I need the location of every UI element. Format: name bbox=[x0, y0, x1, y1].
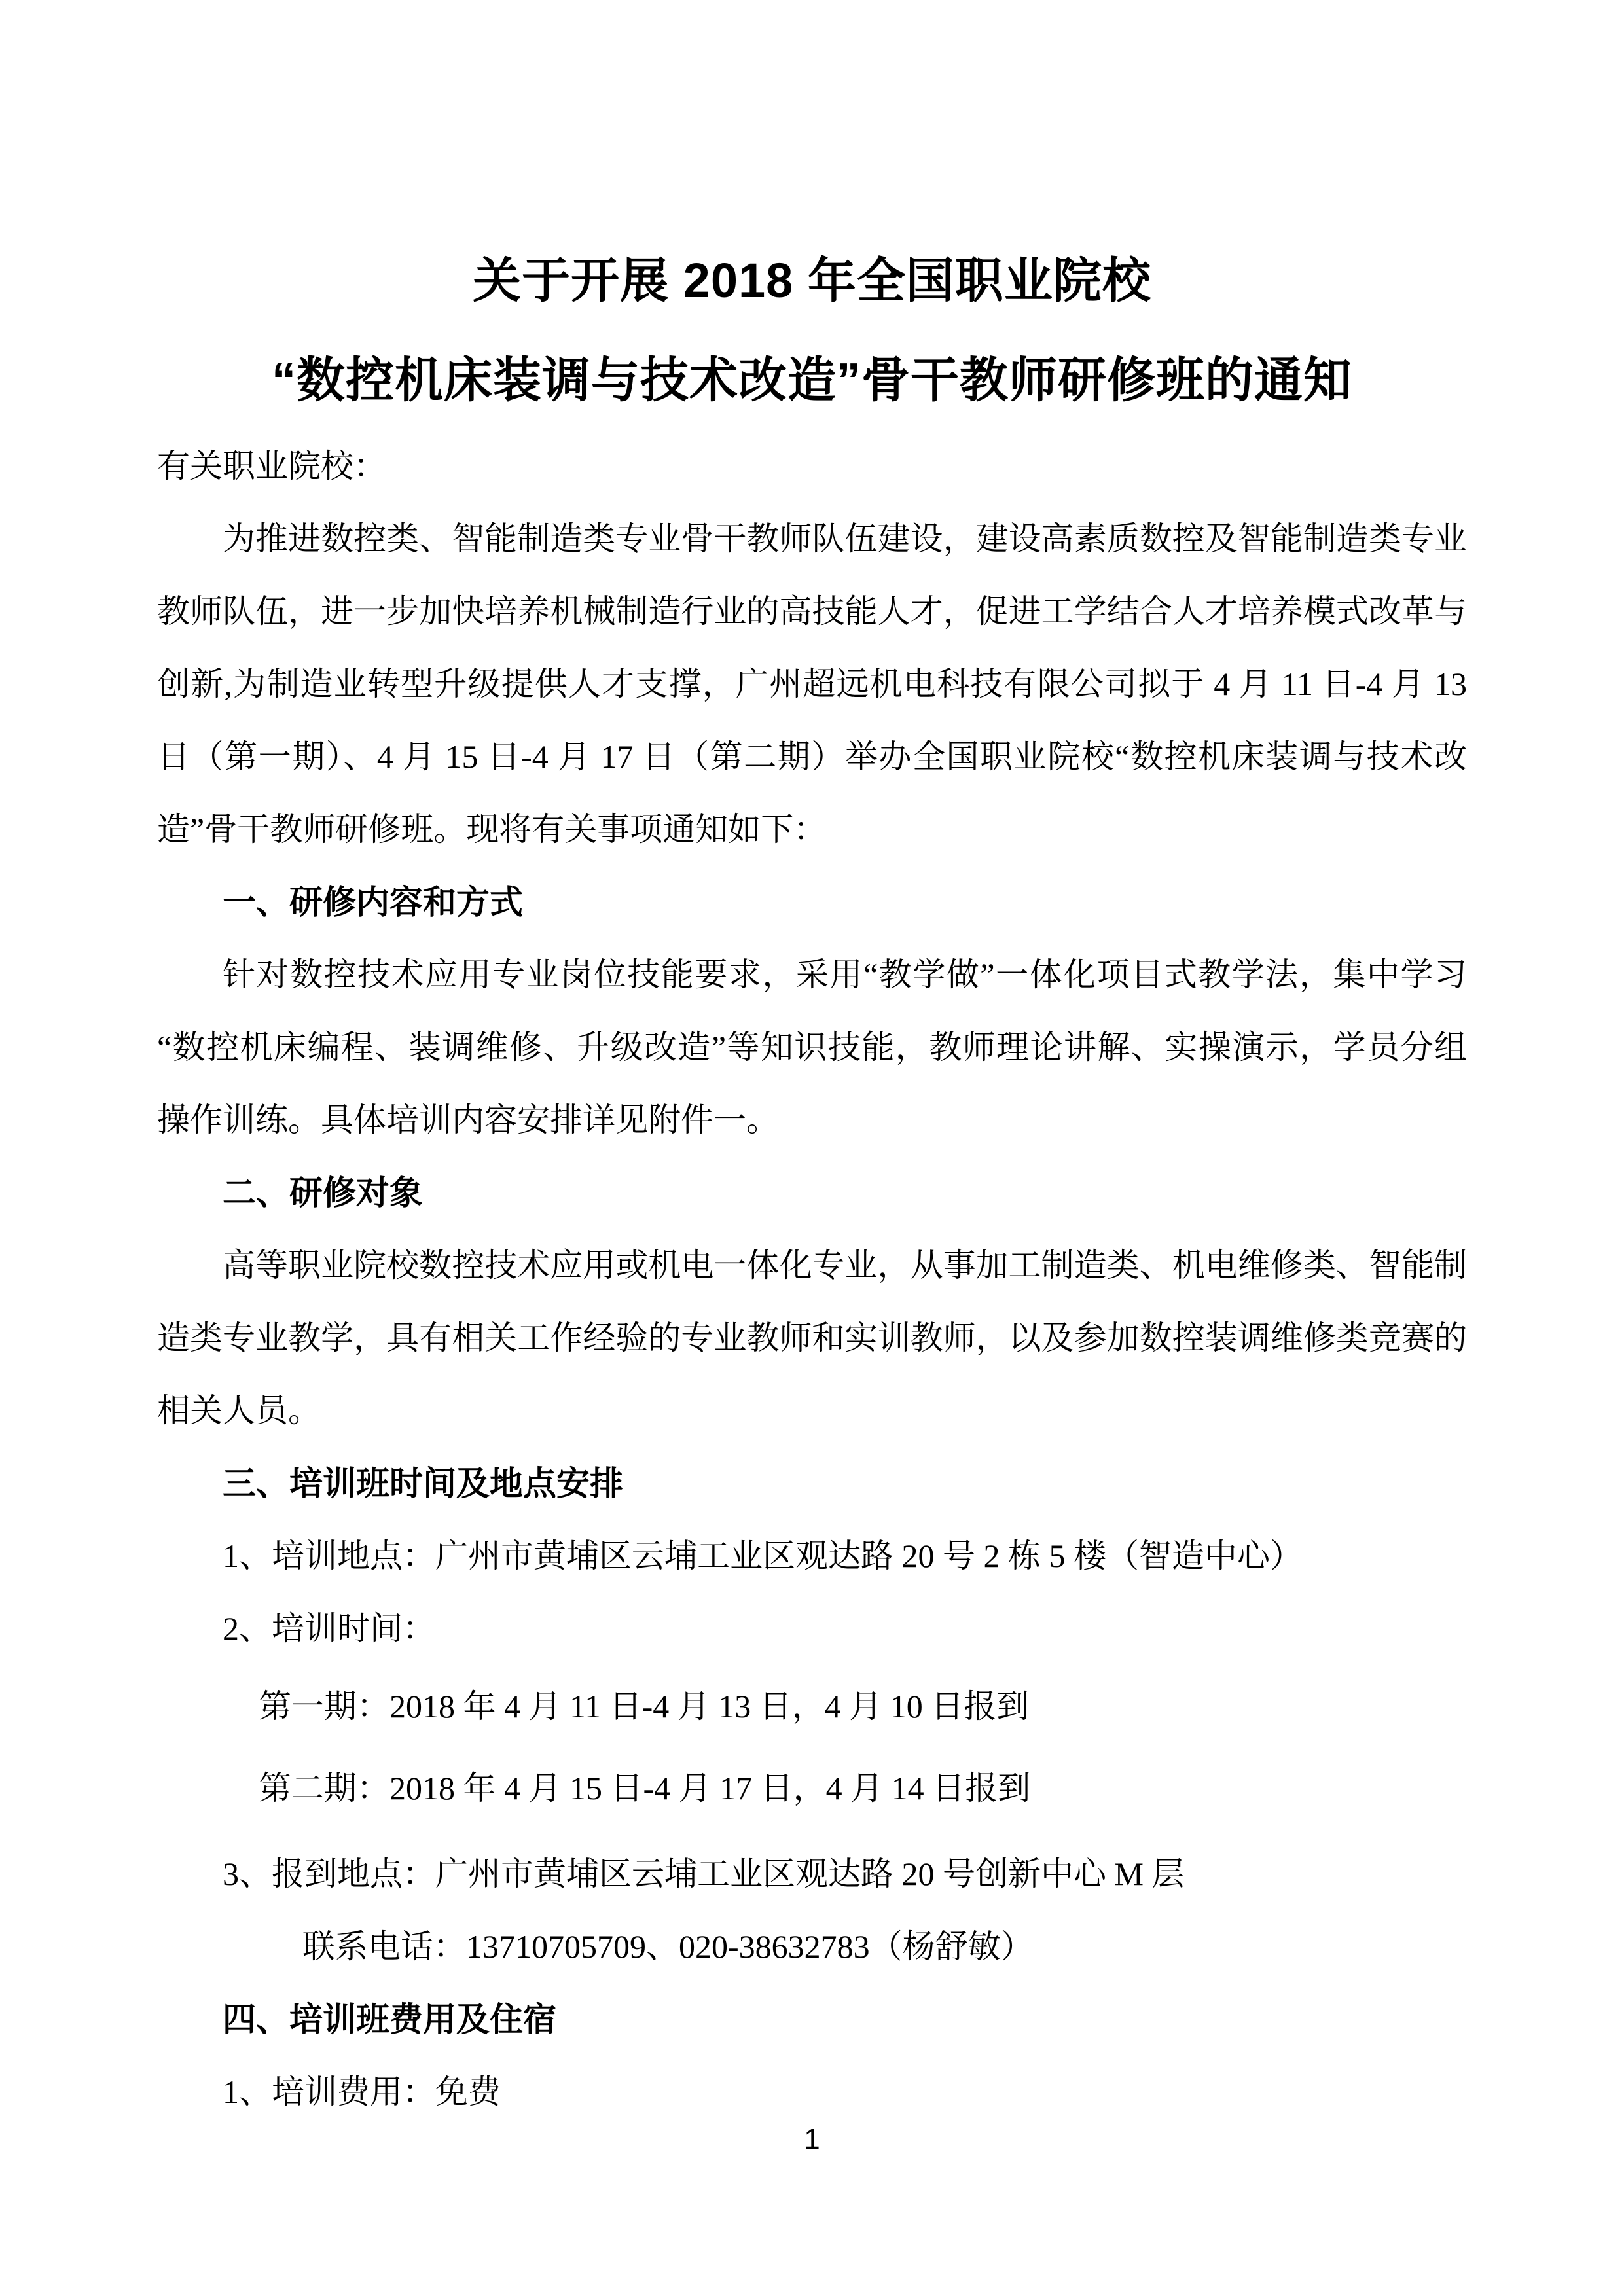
contact-phone-line: 联系电话：13710705709、020-38632783（杨舒敏） bbox=[157, 1910, 1467, 1983]
section2-line-2: 造类专业教学，具有相关工作经验的专业教师和实训教师，以及参加数控装调维修类竞赛的 bbox=[157, 1302, 1467, 1374]
section1-heading: 一、研修内容和方式 bbox=[157, 866, 1467, 939]
section4-heading: 四、培训班费用及住宿 bbox=[157, 1983, 1467, 2056]
section1-line-1: 针对数控技术应用专业岗位技能要求，采用“教学做”一体化项目式教学法，集中学习 bbox=[157, 939, 1467, 1011]
schedule-period-1: 第一期：2018 年 4 月 11 日-4 月 13 日，4 月 10 日报到 bbox=[157, 1670, 1467, 1743]
doc-title-line-1: 关于开展 2018 年全国职业院校 bbox=[157, 231, 1467, 331]
intro-line-1: 为推进数控类、智能制造类专业骨干教师队伍建设，建设高素质数控及智能制造类专业 bbox=[157, 503, 1467, 575]
document-content: 关于开展 2018 年全国职业院校 “数控机床装调与技术改造”骨干教师研修班的通… bbox=[0, 231, 1624, 2128]
section4-item-training-fee: 1、培训费用：免费 bbox=[157, 2056, 1467, 2128]
intro-line-3: 创新,为制造业转型升级提供人才支撑，广州超远机电科技有限公司拟于 4 月 11 … bbox=[157, 648, 1467, 721]
intro-line-5: 造”骨干教师研修班。现将有关事项通知如下： bbox=[157, 793, 1467, 866]
notice-document-page: 关于开展 2018 年全国职业院校 “数控机床装调与技术改造”骨干教师研修班的通… bbox=[0, 0, 1624, 2296]
page-number: 1 bbox=[0, 2123, 1624, 2156]
document-title: 关于开展 2018 年全国职业院校 “数控机床装调与技术改造”骨干教师研修班的通… bbox=[157, 231, 1467, 430]
intro-line-4: 日（第一期）、4 月 15 日-4 月 17 日（第二期）举办全国职业院校“数控… bbox=[157, 721, 1467, 793]
section3-item-training-time: 2、培训时间： bbox=[157, 1592, 1467, 1665]
section2-heading: 二、研修对象 bbox=[157, 1157, 1467, 1229]
section3-item-checkin-location: 3、报到地点：广州市黄埔区云埔工业区观达路 20 号创新中心 M 层 bbox=[157, 1838, 1467, 1910]
salutation-line: 有关职业院校： bbox=[157, 430, 1467, 503]
section2-line-1: 高等职业院校数控技术应用或机电一体化专业，从事加工制造类、机电维修类、智能制 bbox=[157, 1229, 1467, 1302]
schedule-period-2: 第二期：2018 年 4 月 15 日-4 月 17 日，4 月 14 日报到 bbox=[157, 1752, 1467, 1825]
section3-heading: 三、培训班时间及地点安排 bbox=[157, 1447, 1467, 1520]
section1-line-3: 操作训练。具体培训内容安排详见附件一。 bbox=[157, 1084, 1467, 1157]
section2-line-3: 相关人员。 bbox=[157, 1374, 1467, 1447]
intro-line-2: 教师队伍，进一步加快培养机械制造行业的高技能人才，促进工学结合人才培养模式改革与 bbox=[157, 575, 1467, 648]
section1-line-2: “数控机床编程、装调维修、升级改造”等知识技能，教师理论讲解、实操演示，学员分组 bbox=[157, 1011, 1467, 1084]
section3-item-training-location: 1、培训地点：广州市黄埔区云埔工业区观达路 20 号 2 栋 5 楼（智造中心） bbox=[157, 1520, 1467, 1592]
doc-title-line-2: “数控机床装调与技术改造”骨干教师研修班的通知 bbox=[157, 331, 1467, 430]
